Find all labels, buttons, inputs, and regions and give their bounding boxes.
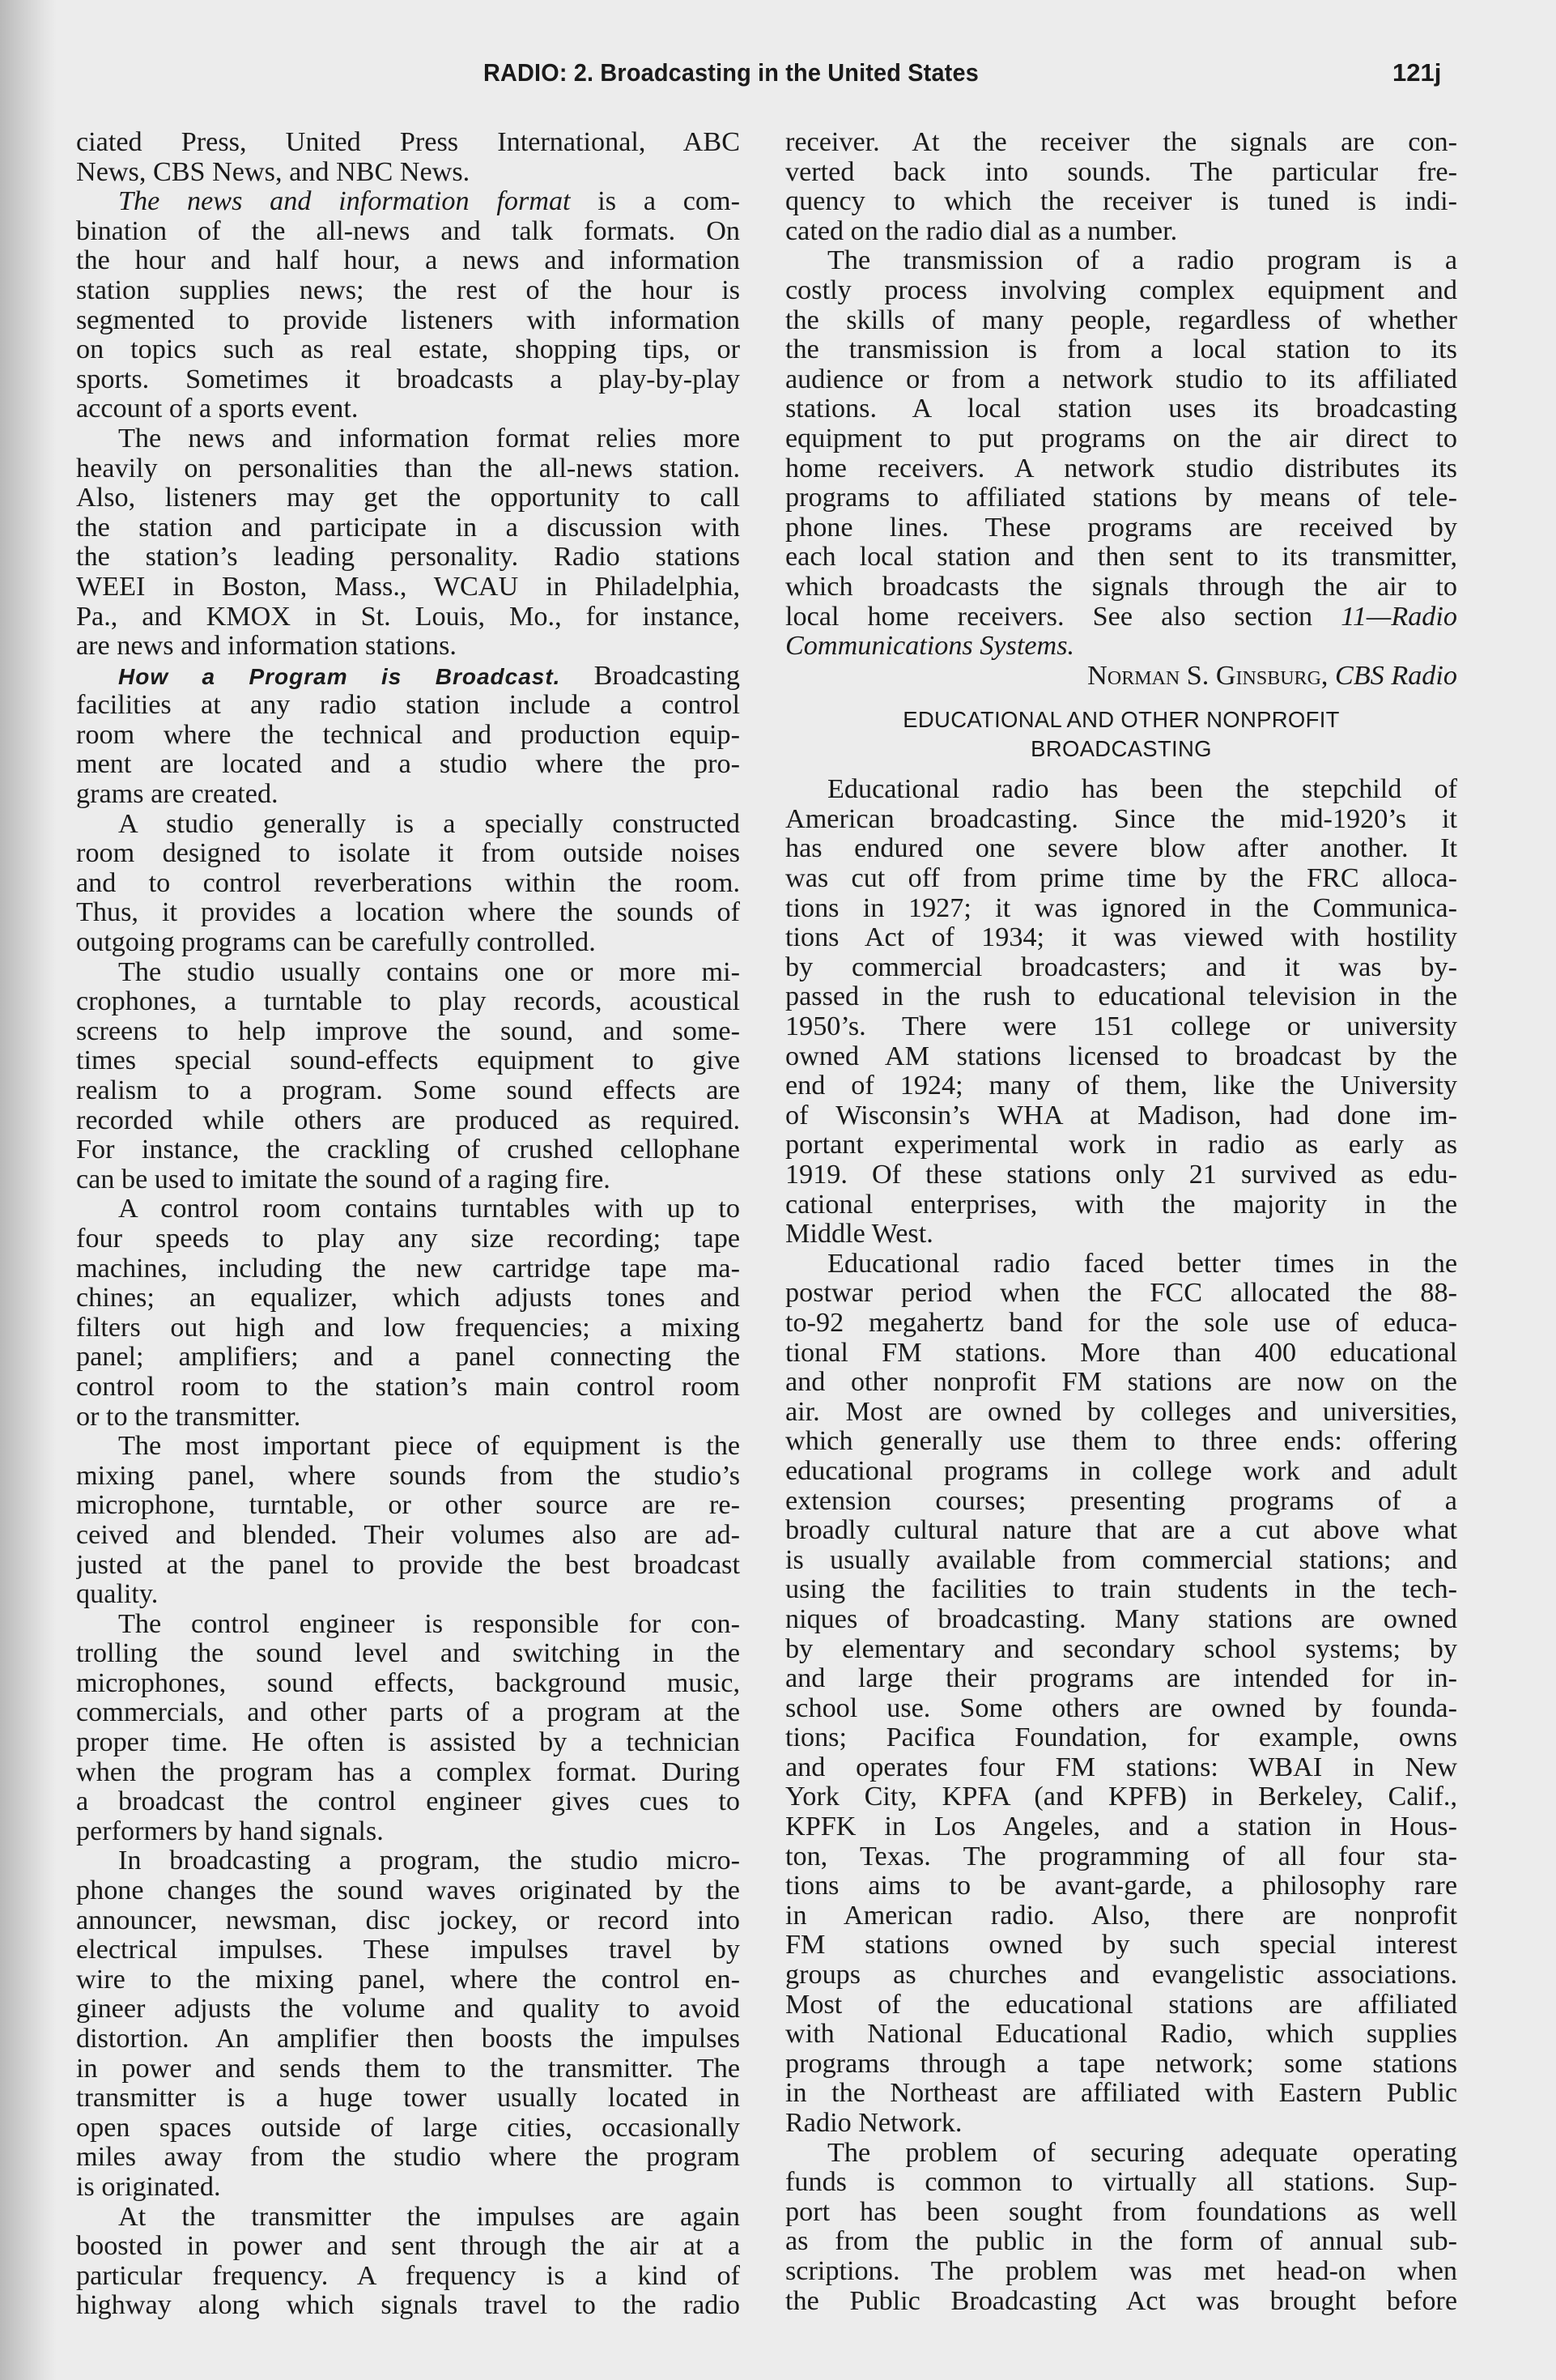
- text-line: sports. Sometimes it broadcasts a play-b…: [76, 365, 740, 395]
- text-line: portant experimental work in radio as ea…: [785, 1130, 1457, 1160]
- line-text: is originated.: [76, 2173, 221, 2202]
- line-text: the skills of many people, regardless of…: [785, 306, 1457, 335]
- text-line: distortion. An amplifier then boosts the…: [76, 2024, 740, 2054]
- line-text: receiver. At the receiver the signals ar…: [785, 128, 1457, 157]
- line-text: Radio Network.: [785, 2109, 962, 2138]
- line-text: open spaces outside of large cities, occ…: [76, 2114, 740, 2143]
- text-line: The news and information format is a com…: [76, 187, 740, 217]
- line-text: the transmission is from a local station…: [785, 335, 1457, 364]
- text-line: The most important piece of equipment is…: [76, 1432, 740, 1462]
- text-line: electrical impulses. These impulses trav…: [76, 1935, 740, 1965]
- line-text: mixing panel, where sounds from the stud…: [76, 1462, 740, 1491]
- line-text: tions; Pacifica Foundation, for example,…: [785, 1723, 1457, 1752]
- line-text: performers by hand signals.: [76, 1817, 384, 1846]
- line-text: 1950’s. There were 151 college or univer…: [785, 1012, 1457, 1041]
- text-line: programs through a tape network; some st…: [785, 2050, 1457, 2080]
- italic-phrase: The news and information format: [118, 187, 571, 216]
- text-line: of Wisconsin’s WHA at Madison, had done …: [785, 1101, 1457, 1131]
- text-line: panel; amplifiers; and a panel connectin…: [76, 1343, 740, 1373]
- line-text: broadly cultural nature that are a cut a…: [785, 1516, 1457, 1545]
- text-line: as from the public in the form of annual…: [785, 2227, 1457, 2257]
- text-line: on topics such as real estate, shopping …: [76, 335, 740, 365]
- line-text: on topics such as real estate, shopping …: [76, 335, 740, 364]
- line-text: educational programs in college work and…: [785, 1457, 1457, 1486]
- text-line: KPFK in Los Angeles, and a station in Ho…: [785, 1812, 1457, 1842]
- line-text: For instance, the crackling of crushed c…: [76, 1135, 740, 1164]
- text-line: the skills of many people, regardless of…: [785, 306, 1457, 336]
- line-text: stations. A local station uses its broad…: [785, 394, 1457, 424]
- text-line: tions aims to be avant-garde, a philosop…: [785, 1871, 1457, 1901]
- text-line: A control room contains turntables with …: [76, 1194, 740, 1224]
- line-text: equipment to put programs on the air dir…: [785, 424, 1457, 453]
- text-line: mixing panel, where sounds from the stud…: [76, 1462, 740, 1492]
- line-text: as from the public in the form of annual…: [785, 2227, 1457, 2256]
- text-line: trolling the sound level and switching i…: [76, 1639, 740, 1669]
- line-text: wire to the mixing panel, where the cont…: [76, 1965, 740, 1995]
- text-line: was cut off from prime time by the FRC a…: [785, 864, 1457, 894]
- text-line: extension courses; presenting programs o…: [785, 1487, 1457, 1517]
- right-column-body-top: receiver. At the receiver the signals ar…: [785, 128, 1457, 662]
- text-line: has endured one severe blow after anothe…: [785, 834, 1457, 864]
- line-text: is usually available from commercial sta…: [785, 1546, 1457, 1575]
- text-line: proper time. He often is assisted by a t…: [76, 1728, 740, 1758]
- text-line: 1950’s. There were 151 college or univer…: [785, 1012, 1457, 1042]
- line-text: by elementary and secondary school syste…: [785, 1635, 1457, 1664]
- text-line: The problem of securing adequate operati…: [785, 2139, 1457, 2169]
- author-attribution: Norman S. Ginsburg, CBS Radio: [785, 662, 1457, 692]
- line-text: The control engineer is responsible for …: [118, 1610, 740, 1639]
- text-line: cational enterprises, with the majority …: [785, 1190, 1457, 1220]
- text-line: microphones, sound effects, background m…: [76, 1669, 740, 1699]
- line-text: ciated Press, United Press International…: [76, 128, 740, 157]
- line-text: tions aims to be avant-garde, a philosop…: [785, 1871, 1457, 1901]
- line-text: commercials, and other parts of a progra…: [76, 1698, 740, 1727]
- text-line: screens to help improve the sound, and s…: [76, 1017, 740, 1047]
- line-text: account of a sports event.: [76, 394, 358, 424]
- text-line: justed at the panel to provide the best …: [76, 1551, 740, 1581]
- text-line: is usually available from commercial sta…: [785, 1546, 1457, 1576]
- text-line: passed in the rush to educational televi…: [785, 982, 1457, 1012]
- text-line: tions Act of 1934; it was viewed with ho…: [785, 923, 1457, 953]
- line-text: in American radio. Also, there are nonpr…: [785, 1901, 1457, 1931]
- text-line: costly process involving complex equipme…: [785, 276, 1457, 306]
- text-line: heavily on personalities than the all-ne…: [76, 454, 740, 484]
- line-text: KPFK in Los Angeles, and a station in Ho…: [785, 1812, 1457, 1841]
- text-line: The studio usually contains one or more …: [76, 958, 740, 988]
- text-line: phone lines. These programs are received…: [785, 513, 1457, 543]
- text-line: ceived and blended. Their volumes also a…: [76, 1521, 740, 1551]
- line-text: At the transmitter the impulses are agai…: [118, 2203, 740, 2232]
- line-text: can be used to imitate the sound of a ra…: [76, 1165, 610, 1194]
- text-line: educational programs in college work and…: [785, 1457, 1457, 1487]
- text-line: boosted in power and sent through the ai…: [76, 2232, 740, 2262]
- line-text: by commercial broadcasters; and it was b…: [785, 953, 1457, 982]
- text-line: each local station and then sent to its …: [785, 543, 1457, 573]
- line-text: was cut off from prime time by the FRC a…: [785, 864, 1457, 893]
- text-line: home receivers. A network studio distrib…: [785, 454, 1457, 484]
- line-text: recorded while others are produced as re…: [76, 1106, 740, 1135]
- line-text: microphones, sound effects, background m…: [76, 1669, 740, 1698]
- line-text: A control room contains turntables with …: [118, 1194, 740, 1224]
- left-column: ciated Press, United Press International…: [76, 128, 740, 2321]
- line-text: The studio usually contains one or more …: [118, 958, 740, 987]
- line-text: phone changes the sound waves originated…: [76, 1876, 740, 1905]
- text-line: room designed to isolate it from outside…: [76, 839, 740, 869]
- line-text: machines, including the new cartridge ta…: [76, 1254, 740, 1284]
- line-text: funds is common to virtually all station…: [785, 2168, 1457, 2197]
- line-text: when the program has a complex format. D…: [76, 1758, 740, 1787]
- line-text: heavily on personalities than the all-ne…: [76, 454, 740, 483]
- text-line: Middle West.: [785, 1220, 1457, 1250]
- text-line: realism to a program. Some sound effects…: [76, 1076, 740, 1106]
- line-text: the hour and half hour, a news and infor…: [76, 246, 740, 275]
- line-text: Middle West.: [785, 1220, 933, 1249]
- line-text: The problem of securing adequate operati…: [827, 2139, 1457, 2168]
- text-line: particular frequency. A frequency is a k…: [76, 2262, 740, 2292]
- text-line: York City, KPFA (and KPFB) in Berkeley, …: [785, 1782, 1457, 1812]
- line-text: particular frequency. A frequency is a k…: [76, 2262, 740, 2291]
- line-text: the station’s leading personality. Radio…: [76, 543, 740, 572]
- text-line: chines; an equalizer, which adjusts tone…: [76, 1284, 740, 1313]
- text-line: A studio generally is a specially constr…: [76, 810, 740, 840]
- text-line: phone changes the sound waves originated…: [76, 1876, 740, 1906]
- line-text: distortion. An amplifier then boosts the…: [76, 2024, 740, 2054]
- text-line: WEEI in Boston, Mass., WCAU in Philadelp…: [76, 573, 740, 602]
- text-line: gineer adjusts the volume and quality to…: [76, 1995, 740, 2024]
- text-line: bination of the all-news and talk format…: [76, 217, 740, 247]
- text-line: Radio Network.: [785, 2109, 1457, 2139]
- section-heading: EDUCATIONAL AND OTHER NONPROFIT BROADCAS…: [785, 705, 1457, 764]
- text-line: is originated.: [76, 2173, 740, 2203]
- line-text: are news and information stations.: [76, 632, 457, 661]
- text-line: verted back into sounds. The particular …: [785, 158, 1457, 188]
- text-line: account of a sports event.: [76, 394, 740, 424]
- line-text: York City, KPFA (and KPFB) in Berkeley, …: [785, 1782, 1457, 1812]
- line-text: and operates four FM stations: WBAI in N…: [785, 1753, 1457, 1782]
- text-line: a broadcast the control engineer gives c…: [76, 1787, 740, 1817]
- text-line: the station’s leading personality. Radio…: [76, 543, 740, 573]
- text-line: when the program has a complex format. D…: [76, 1758, 740, 1788]
- text-line: local home receivers. See also section 1…: [785, 602, 1457, 632]
- text-line: and large their programs are intended fo…: [785, 1664, 1457, 1694]
- line-text: audience or from a network studio to its…: [785, 365, 1457, 394]
- line-text: and to control reverberations within the…: [76, 869, 740, 898]
- text-line: outgoing programs can be carefully contr…: [76, 928, 740, 958]
- text-line: which generally use them to three ends: …: [785, 1427, 1457, 1457]
- line-text: ment are located and a studio where the …: [76, 750, 740, 779]
- line-text: air. Most are owned by colleges and univ…: [785, 1398, 1457, 1427]
- text-line: the station and participate in a discuss…: [76, 513, 740, 543]
- line-text: News, CBS News, and NBC News.: [76, 158, 470, 187]
- text-line: by elementary and secondary school syste…: [785, 1635, 1457, 1665]
- page-binding-shadow: [0, 0, 57, 2380]
- line-text: owned AM stations licensed to broadcast …: [785, 1042, 1457, 1071]
- italic-phrase: Communications Systems.: [785, 632, 1074, 661]
- line-text: proper time. He often is assisted by a t…: [76, 1728, 740, 1757]
- text-line: commercials, and other parts of a progra…: [76, 1698, 740, 1728]
- text-line: The news and information format relies m…: [76, 424, 740, 454]
- text-line: In broadcasting a program, the studio mi…: [76, 1846, 740, 1876]
- line-text: chines; an equalizer, which adjusts tone…: [76, 1284, 740, 1313]
- text-line: wire to the mixing panel, where the cont…: [76, 1965, 740, 1995]
- text-line: At the transmitter the impulses are agai…: [76, 2203, 740, 2233]
- text-line: quency to which the receiver is tuned is…: [785, 187, 1457, 217]
- line-text: microphone, turntable, or other source a…: [76, 1491, 740, 1520]
- text-line: scriptions. The problem was met head-on …: [785, 2257, 1457, 2287]
- line-text: school use. Some others are owned by fou…: [785, 1694, 1457, 1723]
- line-text: sports. Sometimes it broadcasts a play-b…: [76, 365, 740, 394]
- text-line: owned AM stations licensed to broadcast …: [785, 1042, 1457, 1072]
- text-line: crophones, a turntable to play records, …: [76, 987, 740, 1017]
- line-text: announcer, newsman, disc jockey, or reco…: [76, 1906, 740, 1935]
- line-text: port has been sought from foundations as…: [785, 2198, 1457, 2227]
- line-text: passed in the rush to educational televi…: [785, 982, 1457, 1011]
- author-affiliation: CBS Radio: [1335, 661, 1457, 691]
- text-line: tions in 1927; it was ignored in the Com…: [785, 894, 1457, 924]
- line-text: station supplies news; the rest of the h…: [76, 276, 740, 305]
- line-text: grams are created.: [76, 780, 278, 809]
- line-text: Thus, it provides a location where the s…: [76, 898, 740, 927]
- line-text: the station and participate in a discuss…: [76, 513, 740, 543]
- line-text: boosted in power and sent through the ai…: [76, 2232, 740, 2261]
- right-column: receiver. At the receiver the signals ar…: [785, 128, 1457, 2316]
- text-line: machines, including the new cartridge ta…: [76, 1254, 740, 1284]
- line-text: transmitter is a huge tower usually loca…: [76, 2084, 740, 2113]
- line-text: phone lines. These programs are received…: [785, 513, 1457, 543]
- line-text: in the Northeast are affiliated with Eas…: [785, 2079, 1457, 2108]
- page-number: 121j: [1392, 58, 1441, 87]
- text-line: broadly cultural nature that are a cut a…: [785, 1516, 1457, 1546]
- line-text: segmented to provide listeners with info…: [76, 306, 740, 335]
- text-line: port has been sought from foundations as…: [785, 2198, 1457, 2228]
- text-line: times special sound-effects equipment to…: [76, 1046, 740, 1076]
- text-line: highway along which signals travel to th…: [76, 2291, 740, 2321]
- text-line: Most of the educational stations are aff…: [785, 1990, 1457, 2020]
- text-line: and operates four FM stations: WBAI in N…: [785, 1753, 1457, 1783]
- line-text: scriptions. The problem was met head-on …: [785, 2257, 1457, 2286]
- line-text: highway along which signals travel to th…: [76, 2291, 740, 2320]
- text-line: in American radio. Also, there are nonpr…: [785, 1901, 1457, 1931]
- line-text: A studio generally is a specially constr…: [118, 810, 740, 839]
- text-line: tional FM stations. More than 400 educat…: [785, 1339, 1457, 1369]
- text-line: Also, listeners may get the opportunity …: [76, 483, 740, 513]
- line-text: justed at the panel to provide the best …: [76, 1551, 740, 1580]
- line-text: which broadcasts the signals through the…: [785, 573, 1457, 602]
- line-text: facilities at any radio station include …: [76, 691, 740, 720]
- line-text: verted back into sounds. The particular …: [785, 158, 1457, 187]
- text-line: Pa., and KMOX in St. Louis, Mo., for ins…: [76, 602, 740, 632]
- text-line: Thus, it provides a location where the s…: [76, 898, 740, 928]
- text-line: American broadcasting. Since the mid-192…: [785, 805, 1457, 835]
- line-text: is a com-: [571, 187, 740, 216]
- text-line: groups as churches and evangelistic asso…: [785, 1961, 1457, 1990]
- line-text: bination of the all-news and talk format…: [76, 217, 740, 246]
- text-line: four speeds to play any size recording; …: [76, 1224, 740, 1254]
- line-text: 1919. Of these stations only 21 survived…: [785, 1160, 1457, 1190]
- section-heading-line-2: BROADCASTING: [785, 734, 1457, 764]
- text-line: the Public Broadcasting Act was brought …: [785, 2287, 1457, 2317]
- line-text: tions in 1927; it was ignored in the Com…: [785, 894, 1457, 923]
- text-line: the transmission is from a local station…: [785, 335, 1457, 365]
- line-text: Most of the educational stations are aff…: [785, 1990, 1457, 2020]
- line-text: The most important piece of equipment is…: [118, 1432, 740, 1461]
- text-line: which broadcasts the signals through the…: [785, 573, 1457, 602]
- line-text: tions Act of 1934; it was viewed with ho…: [785, 923, 1457, 952]
- line-text: home receivers. A network studio distrib…: [785, 454, 1457, 483]
- text-line: How a Program is Broadcast. Broadcasting: [76, 662, 740, 692]
- line-text: niques of broadcasting. Many stations ar…: [785, 1605, 1457, 1634]
- line-text: each local station and then sent to its …: [785, 543, 1457, 572]
- text-line: room where the technical and production …: [76, 721, 740, 751]
- line-text: with National Educational Radio, which s…: [785, 2020, 1457, 2049]
- text-line: recorded while others are produced as re…: [76, 1106, 740, 1136]
- text-line: 1919. Of these stations only 21 survived…: [785, 1160, 1457, 1190]
- text-line: announcer, newsman, disc jockey, or reco…: [76, 1906, 740, 1936]
- text-line: end of 1924; many of them, like the Univ…: [785, 1071, 1457, 1101]
- text-line: to-92 megahertz band for the sole use of…: [785, 1309, 1457, 1339]
- line-text: to-92 megahertz band for the sole use of…: [785, 1309, 1457, 1338]
- text-line: or to the transmitter.: [76, 1403, 740, 1433]
- text-line: ment are located and a studio where the …: [76, 750, 740, 780]
- text-line: and to control reverberations within the…: [76, 869, 740, 899]
- text-line: stations. A local station uses its broad…: [785, 394, 1457, 424]
- text-line: audience or from a network studio to its…: [785, 365, 1457, 395]
- line-text: programs to affiliated stations by means…: [785, 483, 1457, 513]
- text-line: in the Northeast are affiliated with Eas…: [785, 2079, 1457, 2109]
- text-line: quality.: [76, 1580, 740, 1610]
- line-text: programs through a tape network; some st…: [785, 2050, 1457, 2079]
- line-text: filters out high and low frequencies; a …: [76, 1313, 740, 1343]
- line-text: ceived and blended. Their volumes also a…: [76, 1521, 740, 1550]
- line-text: trolling the sound level and switching i…: [76, 1639, 740, 1668]
- line-text: four speeds to play any size recording; …: [76, 1224, 740, 1254]
- line-text: room designed to isolate it from outside…: [76, 839, 740, 868]
- text-line: The transmission of a radio program is a: [785, 246, 1457, 276]
- text-line: News, CBS News, and NBC News.: [76, 158, 740, 188]
- line-text: room where the technical and production …: [76, 721, 740, 750]
- section-heading-line-1: EDUCATIONAL AND OTHER NONPROFIT: [785, 705, 1457, 734]
- line-text: or to the transmitter.: [76, 1403, 300, 1432]
- line-text: In broadcasting a program, the studio mi…: [118, 1846, 740, 1875]
- line-text: a broadcast the control engineer gives c…: [76, 1787, 740, 1816]
- line-text: portant experimental work in radio as ea…: [785, 1130, 1457, 1160]
- line-text: has endured one severe blow after anothe…: [785, 834, 1457, 863]
- line-text: cated on the radio dial as a number.: [785, 217, 1177, 246]
- text-line: the hour and half hour, a news and infor…: [76, 246, 740, 276]
- text-line: For instance, the crackling of crushed c…: [76, 1135, 740, 1165]
- text-line: filters out high and low frequencies; a …: [76, 1313, 740, 1343]
- line-text: WEEI in Boston, Mass., WCAU in Philadelp…: [76, 573, 740, 602]
- text-line: by commercial broadcasters; and it was b…: [785, 953, 1457, 983]
- line-text: electrical impulses. These impulses trav…: [76, 1935, 740, 1965]
- line-text: outgoing programs can be carefully contr…: [76, 928, 596, 957]
- line-text: in power and sends them to the transmitt…: [76, 2054, 740, 2084]
- line-text: extension courses; presenting programs o…: [785, 1487, 1457, 1516]
- line-text: Also, listeners may get the opportunity …: [76, 483, 740, 513]
- line-text: control room to the station’s main contr…: [76, 1373, 740, 1402]
- line-text: quality.: [76, 1580, 158, 1609]
- text-line: are news and information stations.: [76, 632, 740, 662]
- text-line: ciated Press, United Press International…: [76, 128, 740, 158]
- text-line: segmented to provide listeners with info…: [76, 306, 740, 336]
- line-text: The news and information format relies m…: [118, 424, 740, 453]
- line-text: and other nonprofit FM stations are now …: [785, 1368, 1457, 1397]
- line-text: tional FM stations. More than 400 educat…: [785, 1339, 1457, 1368]
- text-line: school use. Some others are owned by fou…: [785, 1694, 1457, 1724]
- line-text: cational enterprises, with the majority …: [785, 1190, 1457, 1220]
- text-line: control room to the station’s main contr…: [76, 1373, 740, 1403]
- running-header: RADIO: 2. Broadcasting in the United Sta…: [0, 58, 1556, 99]
- line-text: quency to which the receiver is tuned is…: [785, 187, 1457, 216]
- text-line: ton, Texas. The programming of all four …: [785, 1842, 1457, 1872]
- text-line: grams are created.: [76, 780, 740, 810]
- text-line: The control engineer is responsible for …: [76, 1610, 740, 1640]
- italic-phrase: 11—Radio: [1341, 602, 1457, 632]
- line-text: screens to help improve the sound, and s…: [76, 1017, 740, 1046]
- text-line: performers by hand signals.: [76, 1817, 740, 1847]
- text-line: cated on the radio dial as a number.: [785, 217, 1457, 247]
- text-line: transmitter is a huge tower usually loca…: [76, 2084, 740, 2114]
- line-text: FM stations owned by such special intere…: [785, 1931, 1457, 1960]
- line-text: costly process involving complex equipme…: [785, 276, 1457, 305]
- text-line: microphone, turntable, or other source a…: [76, 1491, 740, 1521]
- line-text: groups as churches and evangelistic asso…: [785, 1961, 1457, 1990]
- line-text: realism to a program. Some sound effects…: [76, 1076, 740, 1105]
- text-line: Educational radio has been the stepchild…: [785, 775, 1457, 805]
- text-line: programs to affiliated stations by means…: [785, 483, 1457, 513]
- line-text: times special sound-effects equipment to…: [76, 1046, 740, 1075]
- line-text: which generally use them to three ends: …: [785, 1427, 1457, 1456]
- line-text: Educational radio has been the stepchild…: [827, 775, 1457, 804]
- line-text: Pa., and KMOX in St. Louis, Mo., for ins…: [76, 602, 740, 632]
- text-line: air. Most are owned by colleges and univ…: [785, 1398, 1457, 1428]
- text-line: using the facilities to train students i…: [785, 1575, 1457, 1605]
- text-line: niques of broadcasting. Many stations ar…: [785, 1605, 1457, 1635]
- running-header-title: RADIO: 2. Broadcasting in the United Sta…: [483, 58, 979, 87]
- text-line: receiver. At the receiver the signals ar…: [785, 128, 1457, 158]
- text-line: miles away from the studio where the pro…: [76, 2143, 740, 2173]
- line-text: The transmission of a radio program is a: [827, 246, 1457, 275]
- line-text: local home receivers. See also section: [785, 602, 1341, 632]
- line-text: miles away from the studio where the pro…: [76, 2143, 740, 2172]
- line-text: Educational radio faced better times in …: [827, 1250, 1457, 1279]
- text-line: equipment to put programs on the air dir…: [785, 424, 1457, 454]
- text-line: with National Educational Radio, which s…: [785, 2020, 1457, 2050]
- text-line: funds is common to virtually all station…: [785, 2168, 1457, 2198]
- text-line: facilities at any radio station include …: [76, 691, 740, 721]
- line-text: crophones, a turntable to play records, …: [76, 987, 740, 1016]
- line-text: panel; amplifiers; and a panel connectin…: [76, 1343, 740, 1372]
- line-text: American broadcasting. Since the mid-192…: [785, 805, 1457, 834]
- author-name: Norman S. Ginsburg: [1087, 661, 1321, 691]
- run-in-heading: How a Program is Broadcast.: [118, 664, 560, 689]
- right-column-body-bottom: Educational radio has been the stepchild…: [785, 775, 1457, 2316]
- line-text: using the facilities to train students i…: [785, 1575, 1457, 1604]
- text-line: postwar period when the FCC allocated th…: [785, 1279, 1457, 1309]
- line-text: and large their programs are intended fo…: [785, 1664, 1457, 1693]
- text-line: tions; Pacifica Foundation, for example,…: [785, 1723, 1457, 1753]
- text-line: station supplies news; the rest of the h…: [76, 276, 740, 306]
- text-line: in power and sends them to the transmitt…: [76, 2054, 740, 2084]
- text-line: can be used to imitate the sound of a ra…: [76, 1165, 740, 1195]
- text-line: open spaces outside of large cities, occ…: [76, 2114, 740, 2144]
- text-line: Educational radio faced better times in …: [785, 1250, 1457, 1279]
- line-text: the Public Broadcasting Act was brought …: [785, 2287, 1457, 2316]
- line-text: of Wisconsin’s WHA at Madison, had done …: [785, 1101, 1457, 1130]
- text-line: Communications Systems.: [785, 632, 1457, 662]
- line-text: gineer adjusts the volume and quality to…: [76, 1995, 740, 2024]
- line-text: postwar period when the FCC allocated th…: [785, 1279, 1457, 1308]
